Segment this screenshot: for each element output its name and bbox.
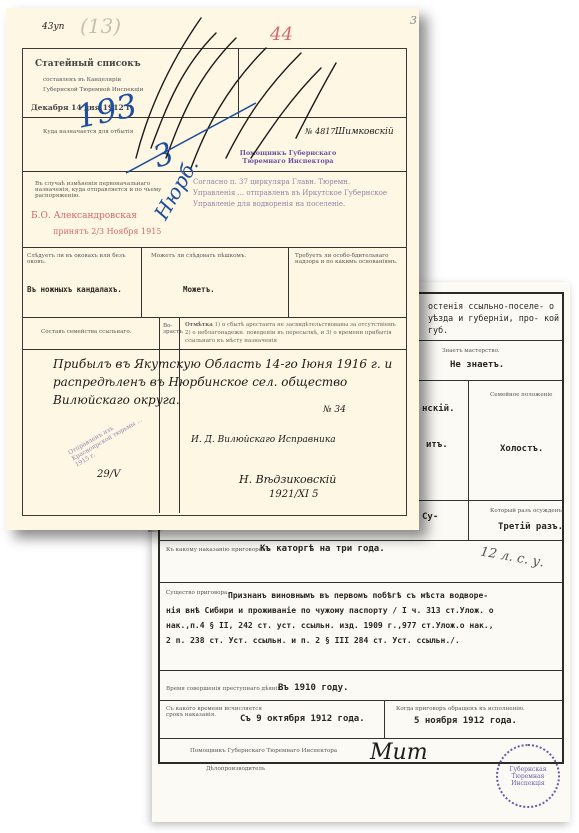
family-status-label: Семейное положеніе (490, 392, 552, 398)
round-stamp: Губернская Тюремная Инспекція (496, 744, 560, 808)
supervision-label: Требуетъ ли особо-бдительнаго надзора и … (295, 253, 399, 265)
violet-stamp: Отправленъ изъ Красноярской тюрьмы ... 1… (67, 410, 147, 468)
punishment-value: Къ каторгѣ на три года. (260, 544, 385, 554)
crime-time-value: Въ 1910 году. (278, 683, 348, 693)
term-value: Съ 9 октября 1912 года. (240, 714, 365, 724)
handwritten-ref-top: № 34 (323, 405, 346, 415)
punishment-label: Къ какому наказанію приговоренъ. (166, 547, 271, 553)
age-label: Во-зрастъ (163, 323, 177, 335)
convictions-label: Который разъ осужденъ. (490, 508, 564, 514)
punishment-handwritten: 12 л. с. у. (479, 545, 545, 571)
convictions-value: Третій разъ. (498, 522, 563, 532)
arrival-note: Прибылъ въ Якутскую Область 14-го Іюня 1… (53, 355, 403, 409)
craft-label: Знаетъ мастерство. (442, 348, 500, 354)
executed-label: Когда приговоръ обращенъ къ исполненію. (396, 706, 525, 712)
corner-note: 43уп (42, 22, 64, 32)
clerk-label: Дѣлопроизводитель (206, 766, 265, 772)
signature-ispravnik: И. Д. Вилюйскаго Исправника (191, 435, 336, 445)
case-label: Въ случаѣ измѣненія первоначальнаго назн… (35, 181, 165, 199)
signature-clerk: Н. Вѣдзиковскій (239, 473, 336, 486)
walk-label: Можетъ ли слѣдовать пѣшкомъ. (151, 253, 246, 259)
red-stamp-received: принятъ 2/3 Ноября 1915 (53, 227, 161, 236)
executed-value: 5 ноября 1912 года. (414, 716, 517, 726)
settlement-text: остенія ссыльно-поселе- о уѣзда и губерн… (428, 300, 568, 336)
note-text: Отмѣтка 1) о сбытѣ арестанта не засвидѣт… (185, 321, 399, 345)
verdict-text: Признанъ виновнымъ въ первомъ побѣгѣ съ … (166, 588, 566, 648)
left-fragment-2: итъ. (426, 440, 448, 450)
page-number: 3 (410, 14, 417, 27)
shackles-value: Въ ножныхъ кандалахъ. (27, 285, 122, 294)
assistant-inspector-label: Помощникъ Губернскаго Тюремнаго Инспекто… (190, 748, 337, 754)
red-stamp-name: Б.О. Александровская (31, 211, 137, 221)
handwritten-date: 29/V (97, 469, 120, 480)
front-document-page: 43уп (13) 44 3 Статейный списокъ составл… (6, 8, 419, 530)
left-fragment-3: Су- (422, 512, 438, 522)
craft-value: Не знаетъ. (450, 360, 504, 370)
case-value: Согласно п. 37 циркуляра Главн. Тюремн. … (193, 177, 393, 210)
family-status-value: Холостъ. (500, 444, 543, 454)
left-fragment-1: нскій. (422, 404, 455, 414)
shackles-label: Слѣдуетъ ли въ оковахъ или безъ оковъ. (27, 253, 137, 265)
family-label: Составъ семейства ссыльнаго. (41, 329, 131, 335)
diagonal-handwriting (66, 8, 366, 178)
handwritten-ref: 1921/XI 5 (269, 489, 318, 500)
walk-value: Можетъ. (183, 285, 215, 294)
crime-time-label: Время совершенія преступнаго дѣянія. (166, 686, 283, 692)
assistant-signature: Мит (370, 740, 428, 765)
